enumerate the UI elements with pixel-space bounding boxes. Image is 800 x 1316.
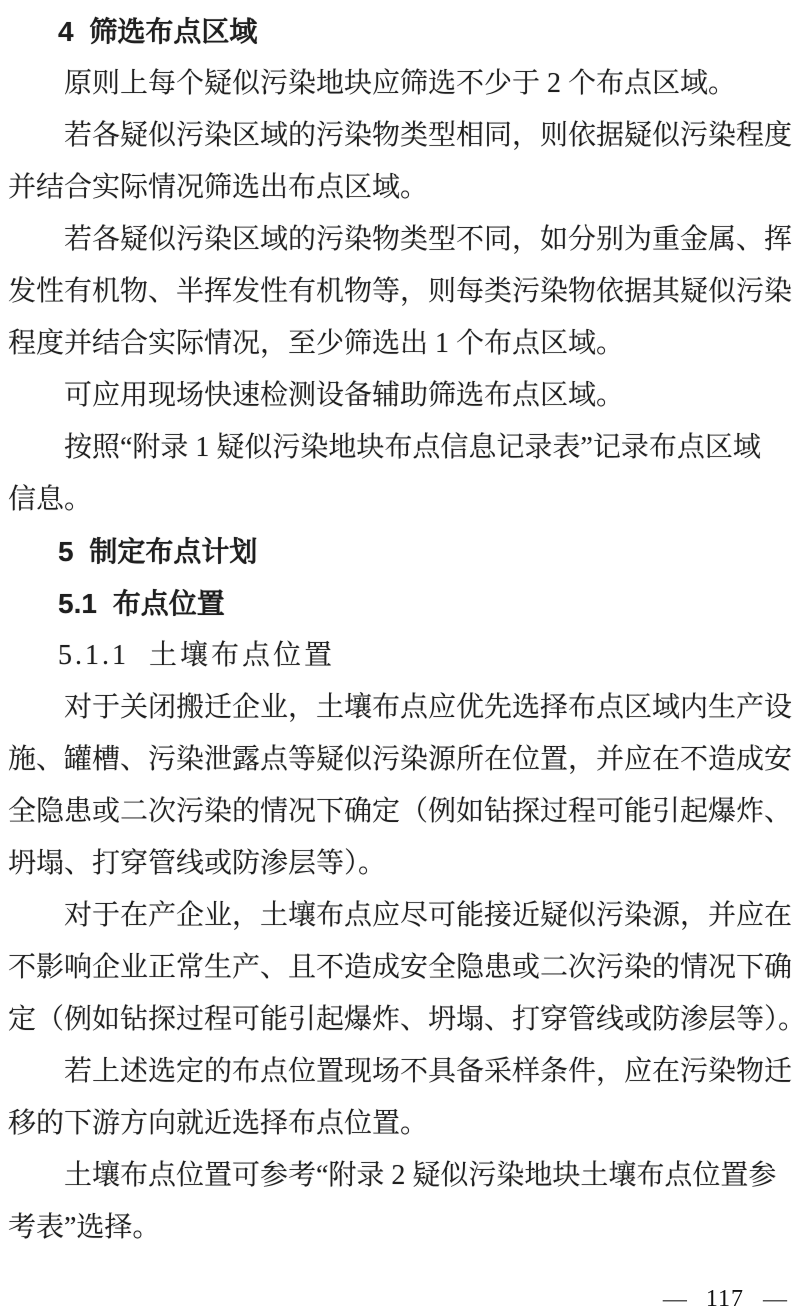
para-different-pollutant-type-line-1: 若各疑似污染区域的污染物类型不同，如分别为重金属、挥: [8, 214, 792, 266]
section-4-heading: 4 筛选布点区域: [8, 6, 792, 58]
para-appendix-1-record-line-1: 按照“附录 1 疑似污染地块布点信息记录表”记录布点区域: [8, 422, 792, 474]
document-body: 4 筛选布点区域原则上每个疑似污染地块应筛选不少于 2 个布点区域。若各疑似污染…: [0, 0, 800, 1254]
para-same-pollutant-type-line-2: 并结合实际情况筛选出布点区域。: [8, 162, 792, 214]
page-number: 117: [706, 1287, 744, 1311]
para-closed-relocated-enterprise-line-3: 全隐患或二次污染的情况下确定（例如钻探过程可能引起爆炸、: [8, 786, 792, 838]
para-appendix-2-reference-line-1: 土壤布点位置可参考“附录 2 疑似污染地块土壤布点位置参: [8, 1150, 792, 1202]
section-5-1-heading: 5.1 布点位置: [8, 578, 792, 630]
para-rapid-detection-line-1: 可应用现场快速检测设备辅助筛选布点区域。: [8, 370, 792, 422]
section-5-heading: 5 制定布点计划: [8, 526, 792, 578]
page-footer: — 117 —: [663, 1287, 787, 1311]
para-closed-relocated-enterprise-line-4: 坍塌、打穿管线或防渗层等）。: [8, 838, 792, 890]
para-different-pollutant-type-line-2: 发性有机物、半挥发性有机物等，则每类污染物依据其疑似污染: [8, 266, 792, 318]
footer-left-dash: —: [663, 1288, 687, 1310]
section-5-1-1-heading: 5.1.1 土壤布点位置: [8, 630, 792, 682]
para-no-sampling-condition-line-2: 移的下游方向就近选择布点位置。: [8, 1098, 792, 1150]
para-no-sampling-condition-line-1: 若上述选定的布点位置现场不具备采样条件，应在污染物迁: [8, 1046, 792, 1098]
para-same-pollutant-type-line-1: 若各疑似污染区域的污染物类型相同，则依据疑似污染程度: [8, 110, 792, 162]
para-min-two-areas-line-1: 原则上每个疑似污染地块应筛选不少于 2 个布点区域。: [8, 58, 792, 110]
para-appendix-1-record-line-2: 信息。: [8, 474, 792, 526]
para-different-pollutant-type-line-3: 程度并结合实际情况，至少筛选出 1 个布点区域。: [8, 318, 792, 370]
para-closed-relocated-enterprise-line-2: 施、罐槽、污染泄露点等疑似污染源所在位置，并应在不造成安: [8, 734, 792, 786]
document-page: 4 筛选布点区域原则上每个疑似污染地块应筛选不少于 2 个布点区域。若各疑似污染…: [0, 0, 800, 1316]
para-appendix-2-reference-line-2: 考表”选择。: [8, 1202, 792, 1254]
para-operating-enterprise-line-1: 对于在产企业，土壤布点应尽可能接近疑似污染源，并应在: [8, 890, 792, 942]
para-closed-relocated-enterprise-line-1: 对于关闭搬迁企业，土壤布点应优先选择布点区域内生产设: [8, 682, 792, 734]
footer-right-dash: —: [763, 1288, 787, 1310]
para-operating-enterprise-line-3: 定（例如钻探过程可能引起爆炸、坍塌、打穿管线或防渗层等）。: [8, 994, 792, 1046]
para-operating-enterprise-line-2: 不影响企业正常生产、且不造成安全隐患或二次污染的情况下确: [8, 942, 792, 994]
